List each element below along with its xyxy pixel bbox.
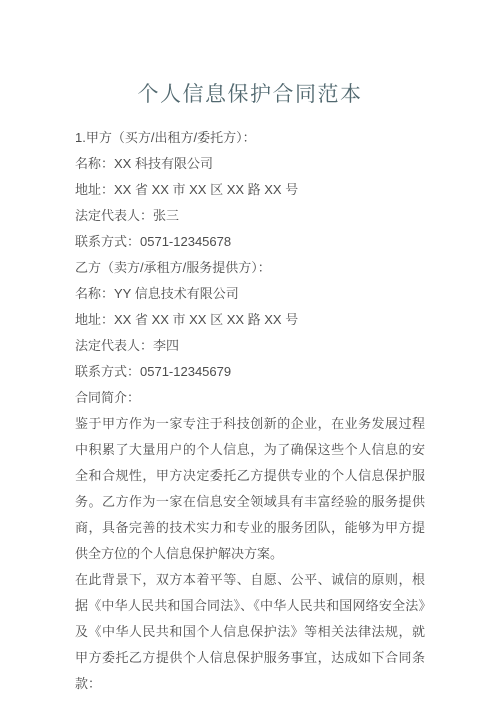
party-b-contact: 联系方式：0571-12345679 — [75, 359, 425, 385]
intro-paragraph-1: 鉴于甲方作为一家专注于科技创新的企业，在业务发展过程中积累了大量用户的个人信息，… — [75, 411, 425, 567]
party-b-address: 地址：XX 省 XX 市 XX 区 XX 路 XX 号 — [75, 307, 425, 333]
party-a-contact: 联系方式：0571-12345678 — [75, 229, 425, 255]
party-b-heading: 乙方（卖方/承租方/服务提供方）： — [75, 255, 425, 281]
party-a-address: 地址：XX 省 XX 市 XX 区 XX 路 XX 号 — [75, 177, 425, 203]
document-body: 1.甲方（买方/出租方/委托方）： 名称：XX 科技有限公司 地址：XX 省 X… — [75, 125, 425, 697]
party-a-heading: 1.甲方（买方/出租方/委托方）： — [75, 125, 425, 151]
contract-page: 个人信息保护合同范本 1.甲方（买方/出租方/委托方）： 名称：XX 科技有限公… — [0, 0, 500, 707]
party-b-legal-representative: 法定代表人：李四 — [75, 333, 425, 359]
party-a-name: 名称：XX 科技有限公司 — [75, 151, 425, 177]
party-b-name: 名称：YY 信息技术有限公司 — [75, 281, 425, 307]
party-a-legal-representative: 法定代表人：张三 — [75, 203, 425, 229]
intro-heading: 合同简介： — [75, 385, 425, 411]
intro-paragraph-2: 在此背景下，双方本着平等、自愿、公平、诚信的原则，根据《中华人民共和国合同法》、… — [75, 567, 425, 697]
document-title: 个人信息保护合同范本 — [75, 82, 425, 108]
